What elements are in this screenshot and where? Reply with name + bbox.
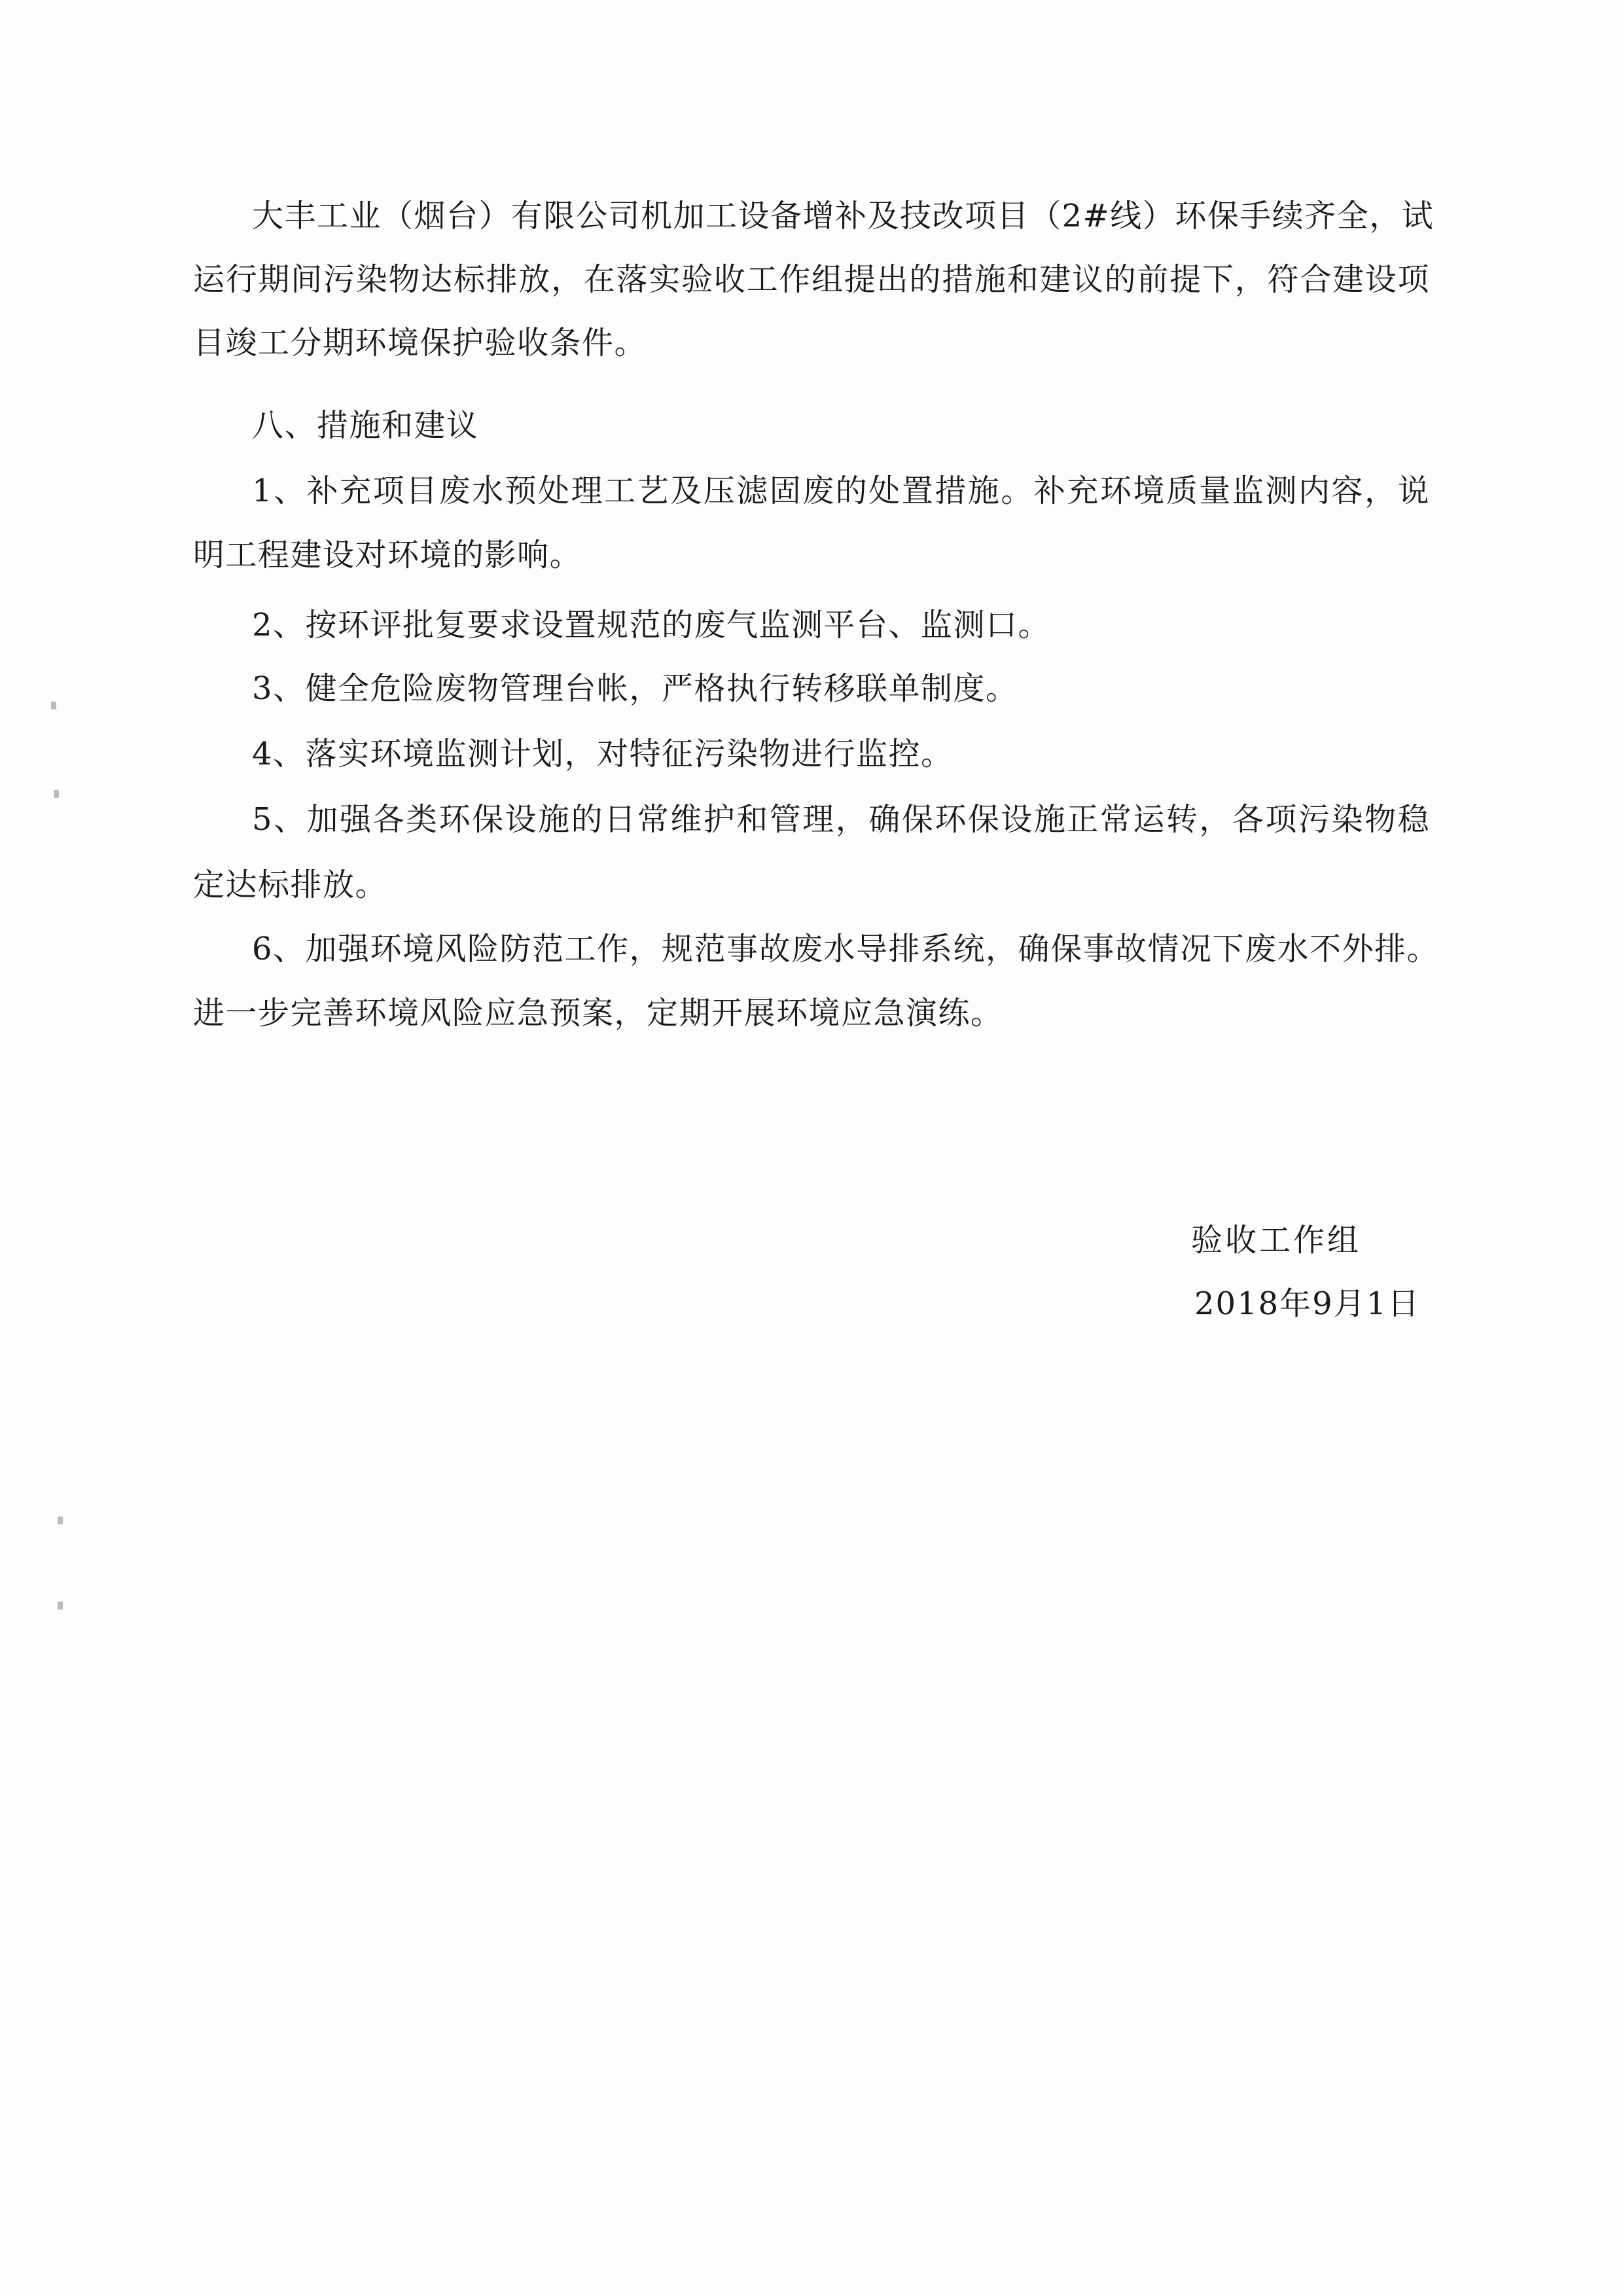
item-6-line-1: 6、加强环境风险防范工作，规范事故废水导排系统，确保事故情况下废水不外排。 [252, 929, 1430, 969]
item-5-line-1: 5、加强各类环保设施的日常维护和管理，确保环保设施正常运转，各项污染物稳 [252, 800, 1430, 839]
document-page: 大丰工业（烟台）有限公司机加工设备增补及技改项目（2#线）环保手续齐全，试 运行… [0, 0, 1623, 2296]
conclusion-line-3: 目竣工分期环境保护验收条件。 [193, 323, 647, 363]
scan-artifact-mark [58, 1602, 63, 1609]
item-4: 4、落实环境监测计划，对特征污染物进行监控。 [252, 734, 954, 774]
scan-artifact-mark [51, 702, 56, 709]
item-1-line-2: 明工程建设对环境的影响。 [193, 535, 582, 575]
item-3: 3、健全危险废物管理台帐，严格执行转移联单制度。 [252, 669, 1018, 708]
conclusion-line-1: 大丰工业（烟台）有限公司机加工设备增补及技改项目（2#线）环保手续齐全，试 [252, 196, 1430, 236]
item-5-line-2: 定达标排放。 [193, 865, 387, 905]
item-1-line-1: 1、补充项目废水预处理工艺及压滤固废的处置措施。补充环境质量监测内容，说 [252, 471, 1430, 511]
item-6-line-2: 进一步完善环境风险应急预案，定期开展环境应急演练。 [193, 994, 1003, 1033]
signature-date: 2018年9月1日 [1194, 1284, 1420, 1323]
scan-artifact-mark [54, 790, 59, 798]
scan-artifact-mark [58, 1516, 63, 1524]
signature-organization: 验收工作组 [1191, 1221, 1361, 1260]
conclusion-line-2: 运行期间污染物达标排放，在落实验收工作组提出的措施和建议的前提下，符合建设项 [193, 260, 1430, 299]
section-heading: 八、措施和建议 [252, 406, 479, 445]
item-2: 2、按环评批复要求设置规范的废气监测平台、监测口。 [252, 605, 1050, 645]
